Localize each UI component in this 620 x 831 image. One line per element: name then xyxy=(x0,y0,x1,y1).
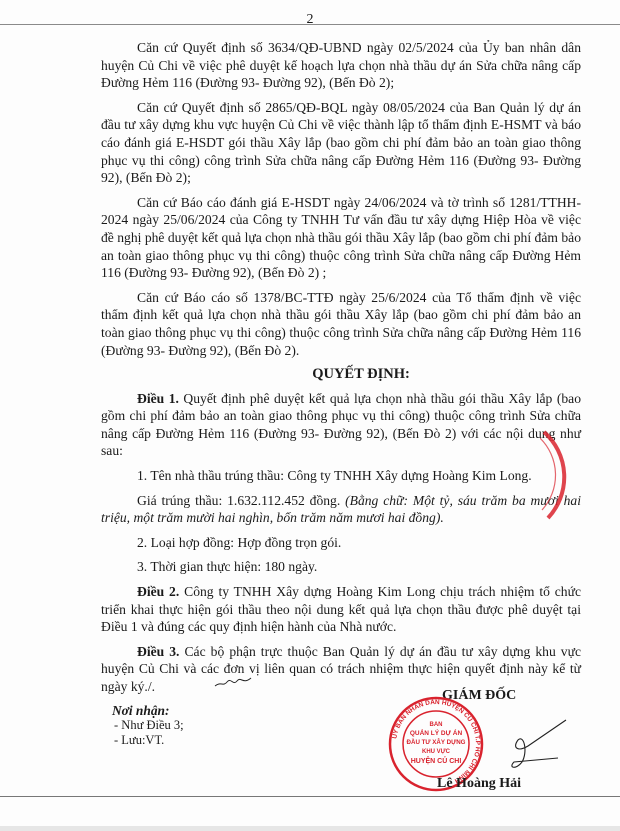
recipients-block: Nơi nhận: - Như Điều 3; - Lưu:VT. xyxy=(112,703,184,748)
preamble-3: Căn cứ Báo cáo đánh giá E-HSDT ngày 24/0… xyxy=(101,194,581,282)
preamble-1: Căn cứ Quyết định số 3634/QĐ-UBND ngày 0… xyxy=(101,39,581,92)
article-1-label: Điều 1. xyxy=(137,391,179,406)
header-rule xyxy=(0,24,620,25)
stamp-partial-icon xyxy=(540,430,580,520)
svg-text:HUYỆN CỦ CHI: HUYỆN CỦ CHI xyxy=(411,756,462,765)
article-1-contractor: 1. Tên nhà thầu trúng thầu: Công ty TNHH… xyxy=(101,467,581,485)
article-1: Điều 1. Quyết định phê duyệt kết quả lựa… xyxy=(101,390,581,460)
preamble-2: Căn cứ Quyết định số 2865/QĐ-BQL ngày 08… xyxy=(101,99,581,187)
signature-icon xyxy=(488,712,568,782)
page-number: 2 xyxy=(0,12,620,28)
contractor-name: Công ty TNHH Xây dựng Hoàng Kim Long. xyxy=(287,468,531,483)
contractor-label: 1. Tên nhà thầu trúng thầu: xyxy=(137,468,287,483)
article-3-label: Điều 3. xyxy=(137,644,179,659)
recipient-item: - Như Điều 3; xyxy=(112,718,184,733)
svg-text:ĐẦU TƯ XÂY DỰNG: ĐẦU TƯ XÂY DỰNG xyxy=(407,739,466,746)
recipient-item: - Lưu:VT. xyxy=(112,733,184,748)
svg-text:BAN: BAN xyxy=(430,722,443,728)
article-2-label: Điều 2. xyxy=(137,584,179,599)
initials-mark xyxy=(213,675,253,689)
svg-text:KHU VỰC: KHU VỰC xyxy=(422,749,451,755)
article-2: Điều 2. Công ty TNHH Xây dựng Hoàng Kim … xyxy=(101,583,581,636)
signer-name: Lê Hoàng Hải xyxy=(437,776,521,792)
decision-heading: QUYẾT ĐỊNH: xyxy=(101,366,581,384)
price-label: Giá trúng thầu: 1.632.112.452 đồng. xyxy=(137,493,345,508)
article-1-price: Giá trúng thầu: 1.632.112.452 đồng. (Bằn… xyxy=(101,492,581,527)
article-1-duration: 3. Thời gian thực hiện: 180 ngày. xyxy=(101,558,581,576)
article-1-contract-type: 2. Loại hợp đồng: Hợp đồng trọn gói. xyxy=(101,534,581,552)
page-bottom-edge xyxy=(0,826,620,831)
svg-text:QUẢN LÝ DỰ ÁN: QUẢN LÝ DỰ ÁN xyxy=(410,728,463,737)
footer-rule xyxy=(0,796,620,797)
document-body: Căn cứ Quyết định số 3634/QĐ-UBND ngày 0… xyxy=(101,39,581,703)
preamble-4: Căn cứ Báo cáo số 1378/BC-TTĐ ngày 25/6/… xyxy=(101,289,581,359)
recipients-title: Nơi nhận: xyxy=(112,703,184,718)
